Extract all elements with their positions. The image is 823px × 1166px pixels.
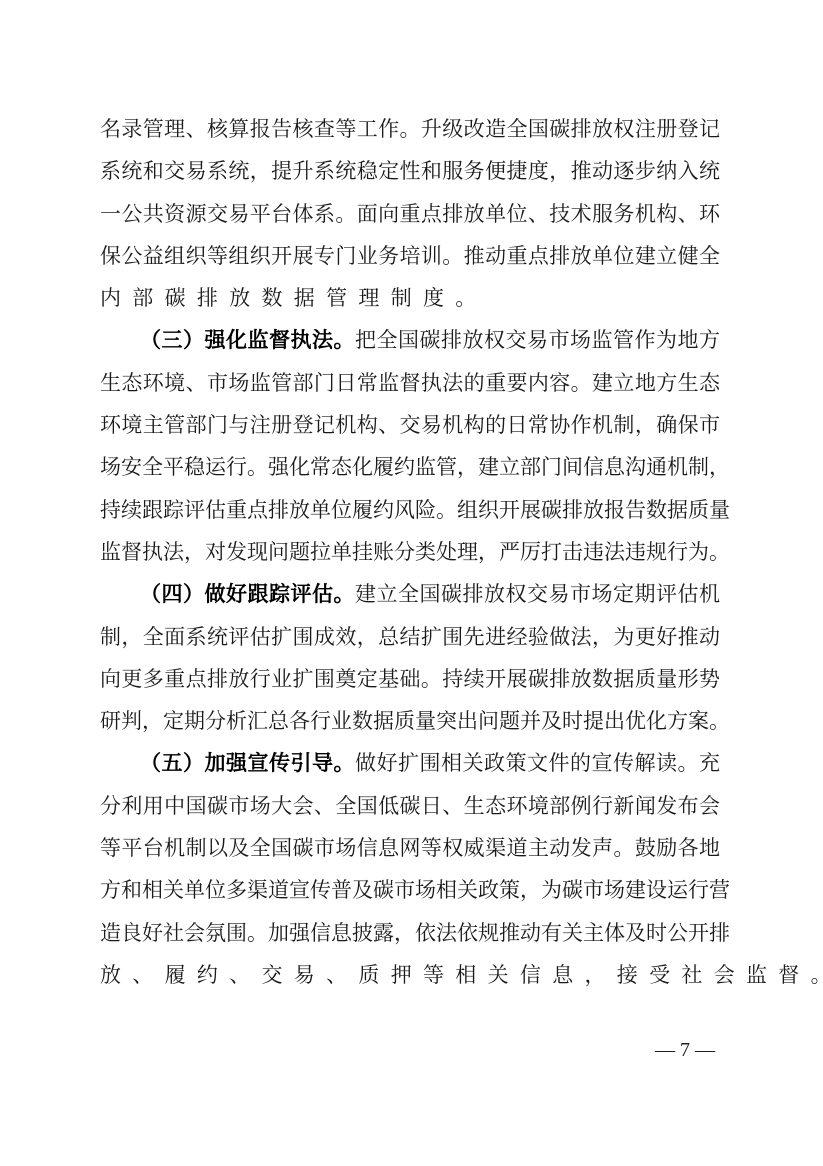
text-line: 一公共资源交易平台体系。面向重点排放单位、技术服务机构、环	[100, 193, 720, 235]
text-line: 分利用中国碳市场大会、全国低碳日、生态环境部例行新闻发布会	[100, 785, 720, 827]
section-heading: （五）加强宣传引导。	[140, 750, 355, 775]
paragraph-first-line: （四）做好跟踪评估。建立全国碳排放权交易市场定期评估机	[100, 573, 720, 615]
text-line: 生态环境、市场监管部门日常监督执法的重要内容。建立地方生态	[100, 362, 720, 404]
text-line: 环境主管部门与注册登记机构、交易机构的日常协作机制，确保市	[100, 404, 720, 446]
paragraph-section-5: （五）加强宣传引导。做好扩围相关政策文件的宣传解读。充 分利用中国碳市场大会、全…	[100, 742, 720, 996]
text-line: 场安全平稳运行。强化常态化履约监管，建立部门间信息沟通机制，	[100, 446, 720, 488]
text-line: 造良好社会氛围。加强信息披露，依法依规推动有关主体及时公开排	[100, 912, 720, 954]
text-line: 保公益组织等组织开展专门业务培训。推动重点排放单位建立健全	[100, 235, 720, 277]
paragraph-section-4: （四）做好跟踪评估。建立全国碳排放权交易市场定期评估机 制，全面系统评估扩围成效…	[100, 573, 720, 742]
paragraph-continuation: 名录管理、核算报告核查等工作。升级改造全国碳排放权注册登记 系统和交易系统，提升…	[100, 108, 720, 319]
text-run: 把全国碳排放权交易市场监管作为地方	[355, 328, 720, 352]
text-run: 建立全国碳排放权交易市场定期评估机	[355, 582, 720, 606]
document-page-body: 名录管理、核算报告核查等工作。升级改造全国碳排放权注册登记 系统和交易系统，提升…	[100, 108, 720, 996]
text-line: 制，全面系统评估扩围成效，总结扩围先进经验做法，为更好推动	[100, 616, 720, 658]
text-line: 监督执法，对发现问题拉单挂账分类处理，严厉打击违法违规行为。	[100, 531, 720, 573]
text-run: 做好扩围相关政策文件的宣传解读。充	[355, 751, 720, 775]
section-heading: （三）强化监督执法。	[140, 327, 355, 352]
text-line: 内部碳排放数据管理制度。	[100, 277, 720, 319]
section-heading: （四）做好跟踪评估。	[140, 581, 355, 606]
text-line: 研判，定期分析汇总各行业数据质量突出问题并及时提出优化方案。	[100, 700, 720, 742]
text-line: 系统和交易系统，提升系统稳定性和服务便捷度，推动逐步纳入统	[100, 150, 720, 192]
paragraph-first-line: （三）强化监督执法。把全国碳排放权交易市场监管作为地方	[100, 319, 720, 361]
text-line: 等平台机制以及全国碳市场信息网等权威渠道主动发声。鼓励各地	[100, 827, 720, 869]
text-line: 向更多重点排放行业扩围奠定基础。持续开展碳排放数据质量形势	[100, 658, 720, 700]
text-line: 放、履约、交易、质押等相关信息，接受社会监督。	[100, 954, 720, 996]
text-line: 持续跟踪评估重点排放单位履约风险。组织开展碳排放报告数据质量	[100, 489, 720, 531]
page-number: — 7 —	[640, 1036, 730, 1064]
text-line: 方和相关单位多渠道宣传普及碳市场相关政策，为碳市场建设运行营	[100, 869, 720, 911]
paragraph-first-line: （五）加强宣传引导。做好扩围相关政策文件的宣传解读。充	[100, 742, 720, 784]
paragraph-section-3: （三）强化监督执法。把全国碳排放权交易市场监管作为地方 生态环境、市场监管部门日…	[100, 319, 720, 573]
text-line: 名录管理、核算报告核查等工作。升级改造全国碳排放权注册登记	[100, 108, 720, 150]
